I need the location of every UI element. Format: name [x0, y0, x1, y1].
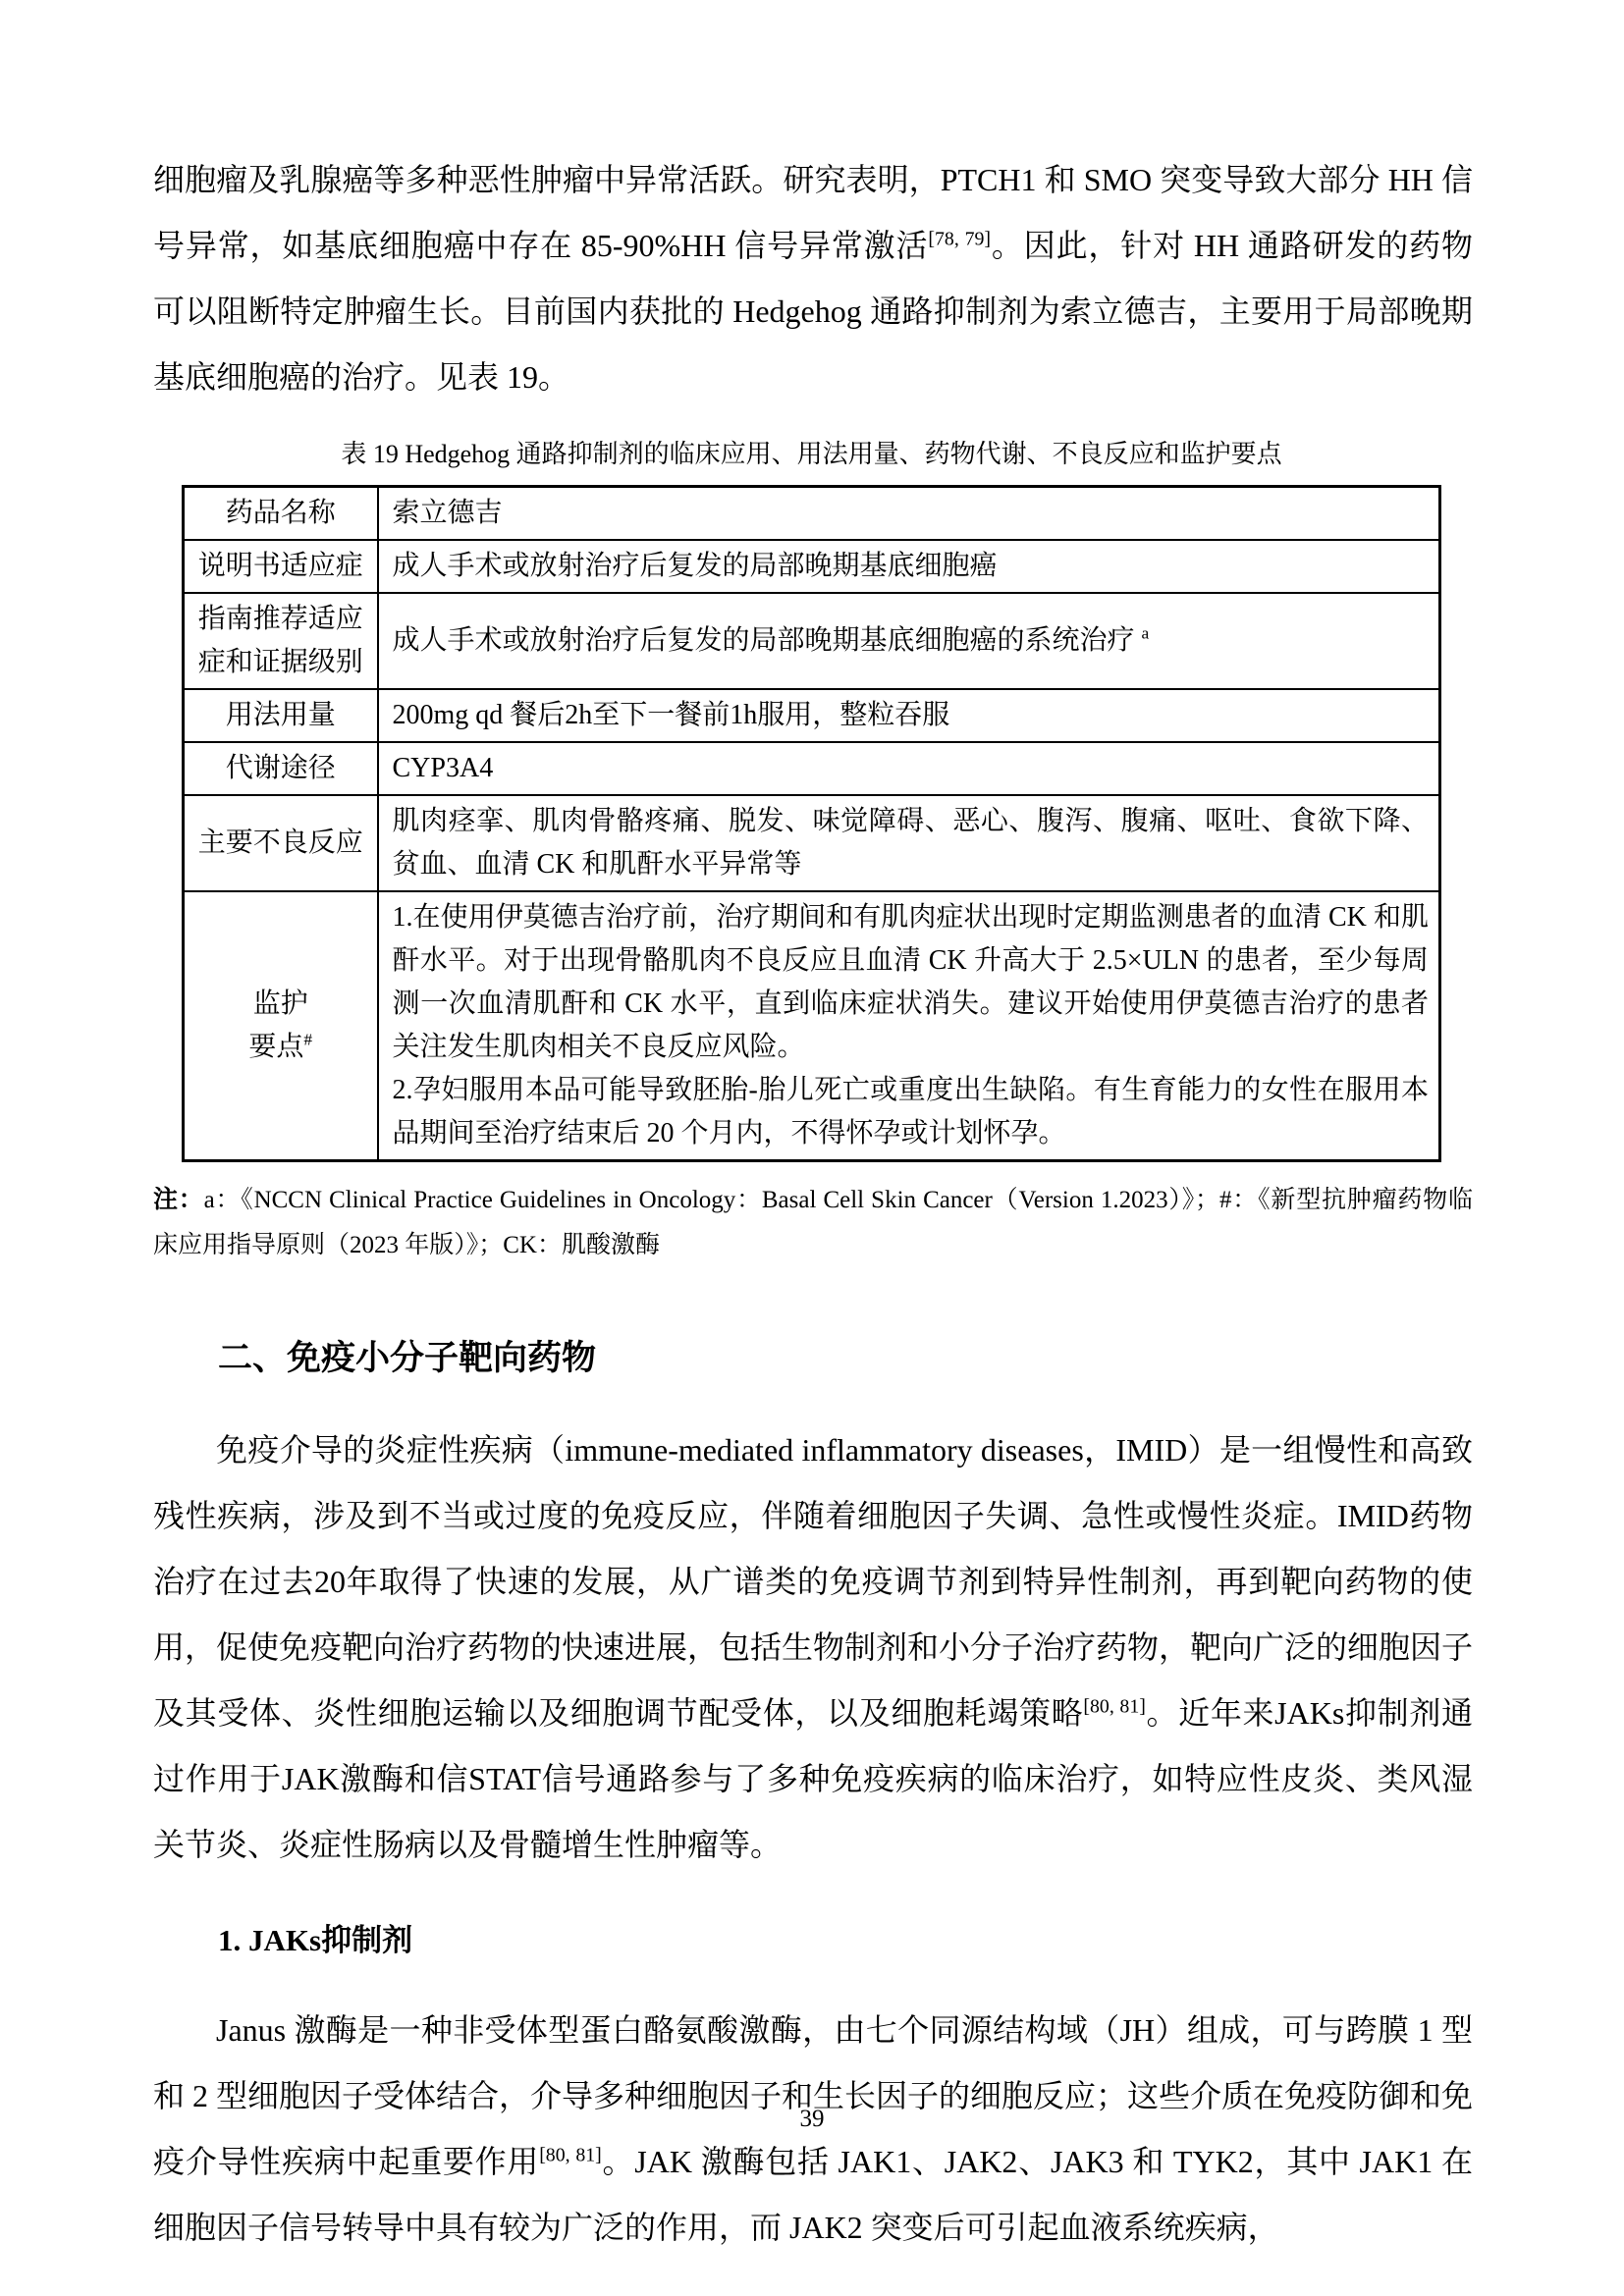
cell-paragraph: 成人手术或放射治疗后复发的局部晚期基底细胞癌的系统治疗 a	[393, 619, 1430, 663]
table-row: 监护要点#1.在使用伊莫德吉治疗前，治疗期间和有肌肉症状出现时定期监测患者的血清…	[184, 891, 1440, 1161]
superscript: [80, 81]	[539, 2144, 602, 2165]
cell-paragraph: 1.在使用伊莫德吉治疗前，治疗期间和有肌肉症状出现时定期监测患者的血清 CK 和…	[393, 896, 1430, 1069]
row-label: 用法用量	[184, 689, 378, 742]
section-heading-jaks: 1. JAKs抑制剂	[218, 1921, 1473, 1960]
row-value: 成人手术或放射治疗后复发的局部晚期基底细胞癌的系统治疗 a	[378, 593, 1440, 689]
document-page: 细胞瘤及乳腺癌等多种恶性肿瘤中异常活跃。研究表明，PTCH1 和 SMO 突变导…	[0, 0, 1624, 2296]
cell-paragraph: 成人手术或放射治疗后复发的局部晚期基底细胞癌	[393, 545, 1430, 588]
superscript: #	[303, 1031, 312, 1049]
row-label: 主要不良反应	[184, 795, 378, 891]
table-caption: 表 19 Hedgehog 通路抑制剂的临床应用、用法用量、药物代谢、不良反应和…	[182, 436, 1441, 473]
cell-paragraph: CYP3A4	[393, 747, 1430, 790]
table-row: 说明书适应症成人手术或放射治疗后复发的局部晚期基底细胞癌	[184, 540, 1440, 593]
drug-info-table: 药品名称索立德吉说明书适应症成人手术或放射治疗后复发的局部晚期基底细胞癌指南推荐…	[182, 485, 1441, 1162]
row-label: 说明书适应症	[184, 540, 378, 593]
row-value: 1.在使用伊莫德吉治疗前，治疗期间和有肌肉症状出现时定期监测患者的血清 CK 和…	[378, 891, 1440, 1161]
page-number: 39	[0, 2103, 1624, 2136]
table-row: 用法用量200mg qd 餐后2h至下一餐前1h服用，整粒吞服	[184, 689, 1440, 742]
section-heading-immune: 二、免疫小分子靶向药物	[218, 1337, 1473, 1380]
table-row: 代谢途径CYP3A4	[184, 742, 1440, 795]
superscript: [80, 81]	[1083, 1695, 1145, 1717]
row-value: CYP3A4	[378, 742, 1440, 795]
cell-paragraph: 200mg qd 餐后2h至下一餐前1h服用，整粒吞服	[393, 694, 1430, 737]
cell-paragraph: 索立德吉	[393, 492, 1430, 535]
superscript: a	[1142, 624, 1150, 643]
note-text: a：《NCCN Clinical Practice Guidelines in …	[153, 1187, 1473, 1258]
cell-paragraph: 肌肉痉挛、肌肉骨骼疼痛、脱发、味觉障碍、恶心、腹泻、腹痛、呕吐、食欲下降、贫血、…	[393, 800, 1430, 886]
table-note: 注：a：《NCCN Clinical Practice Guidelines i…	[153, 1178, 1473, 1268]
table-row: 药品名称索立德吉	[184, 487, 1440, 541]
row-label: 监护要点#	[184, 891, 378, 1161]
row-value: 索立德吉	[378, 487, 1440, 541]
row-label: 代谢途径	[184, 742, 378, 795]
superscript: [78, 79]	[928, 228, 991, 249]
table-row: 主要不良反应肌肉痉挛、肌肉骨骼疼痛、脱发、味觉障碍、恶心、腹泻、腹痛、呕吐、食欲…	[184, 795, 1440, 891]
cell-paragraph: 2.孕妇服用本品可能导致胚胎-胎儿死亡或重度出生缺陷。有生育能力的女性在服用本品…	[393, 1069, 1430, 1155]
immune-paragraph: 免疫介导的炎症性疾病（immune-mediated inflammatory …	[153, 1417, 1473, 1878]
intro-paragraph: 细胞瘤及乳腺癌等多种恶性肿瘤中异常活跃。研究表明，PTCH1 和 SMO 突变导…	[153, 147, 1473, 410]
table-row: 指南推荐适应症和证据级别成人手术或放射治疗后复发的局部晚期基底细胞癌的系统治疗 …	[184, 593, 1440, 689]
drug-info-table-body: 药品名称索立德吉说明书适应症成人手术或放射治疗后复发的局部晚期基底细胞癌指南推荐…	[184, 487, 1440, 1161]
row-value: 200mg qd 餐后2h至下一餐前1h服用，整粒吞服	[378, 689, 1440, 742]
row-value: 肌肉痉挛、肌肉骨骼疼痛、脱发、味觉障碍、恶心、腹泻、腹痛、呕吐、食欲下降、贫血、…	[378, 795, 1440, 891]
row-value: 成人手术或放射治疗后复发的局部晚期基底细胞癌	[378, 540, 1440, 593]
note-label: 注：	[153, 1187, 204, 1213]
row-label: 指南推荐适应症和证据级别	[184, 593, 378, 689]
row-label: 药品名称	[184, 487, 378, 541]
